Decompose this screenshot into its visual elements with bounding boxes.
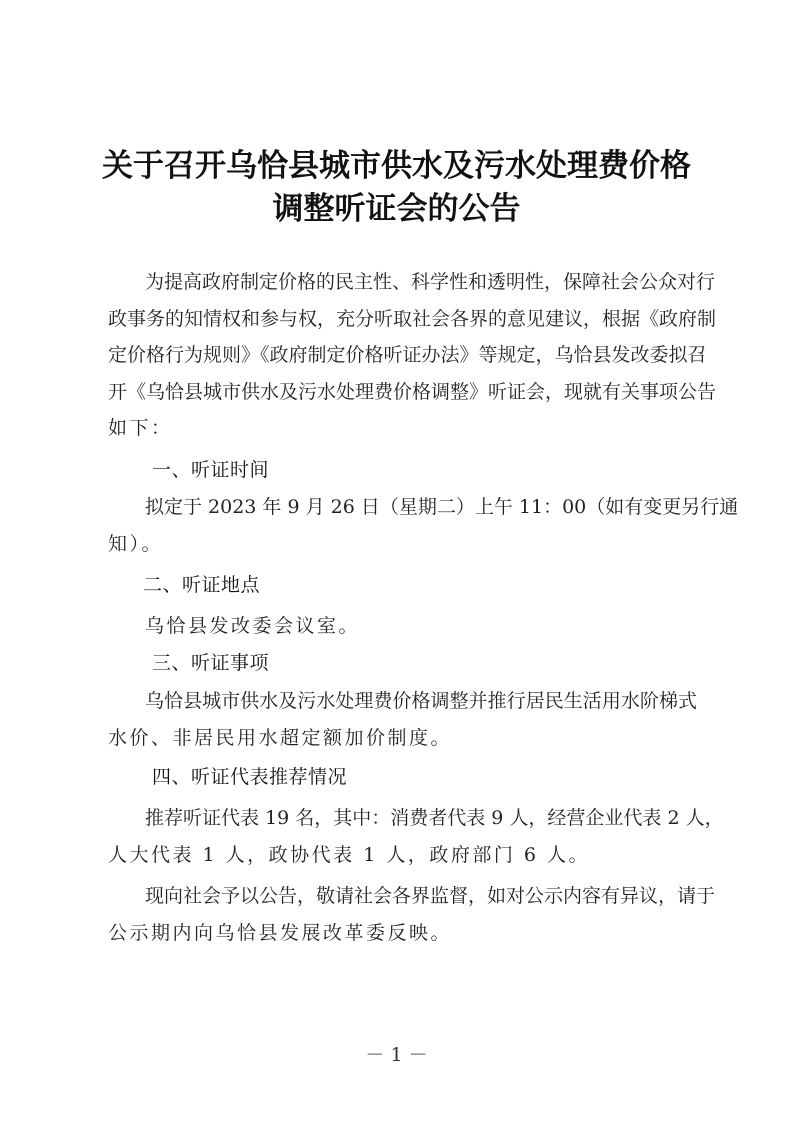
section-time-line: 拟定于 2023 年 9 月 26 日（星期二）上午 11：00（如有变更另行通 <box>145 494 697 520</box>
section-location-line: 乌恰县发改委会议室。 <box>145 613 735 639</box>
section-matters-line: 乌恰县城市供水及污水处理费价格调整并推行居民生活用水阶梯式 <box>145 688 697 714</box>
intro-line: 开《乌恰县城市供水及污水处理费价格调整》听证会，现就有关事项公告 <box>108 379 698 405</box>
closing-line: 现向社会予以公告，敬请社会各界监督，如对公示内容有异议，请于 <box>145 883 697 909</box>
section-heading-location: 二、听证地点 <box>143 572 260 598</box>
section-heading-representatives: 四、听证代表推荐情况 <box>152 764 347 790</box>
section-heading-matters: 三、听证事项 <box>152 650 269 676</box>
page-number: － 1 － <box>0 1040 793 1067</box>
section-matters-line: 水价、非居民用水超定额加价制度。 <box>108 725 698 751</box>
document-page: 关于召开乌恰县城市供水及污水处理费价格 调整听证会的公告 为提高政府制定价格的民… <box>0 0 793 1122</box>
section-representatives-line: 推荐听证代表 19 名，其中：消费者代表 9 人，经营企业代表 2 人， <box>145 805 697 831</box>
intro-line: 为提高政府制定价格的民主性、科学性和透明性，保障社会公众对行 <box>145 269 697 295</box>
intro-line: 定价格行为规则》《政府制定价格听证办法》等规定，乌恰县发改委拟召 <box>108 342 698 368</box>
section-heading-time: 一、听证时间 <box>152 457 269 483</box>
section-time-line: 知）。 <box>108 531 698 557</box>
document-title-line-1: 关于召开乌恰县城市供水及污水处理费价格 <box>0 140 793 185</box>
section-representatives-line: 人大代表 1 人，政协代表 1 人，政府部门 6 人。 <box>108 842 698 868</box>
document-title-line-2: 调整听证会的公告 <box>0 183 793 228</box>
closing-line: 公示期内向乌恰县发展改革委反映。 <box>108 920 698 946</box>
intro-line: 如下： <box>108 415 698 441</box>
intro-line: 政事务的知情权和参与权，充分听取社会各界的意见建议，根据《政府制 <box>108 306 698 332</box>
